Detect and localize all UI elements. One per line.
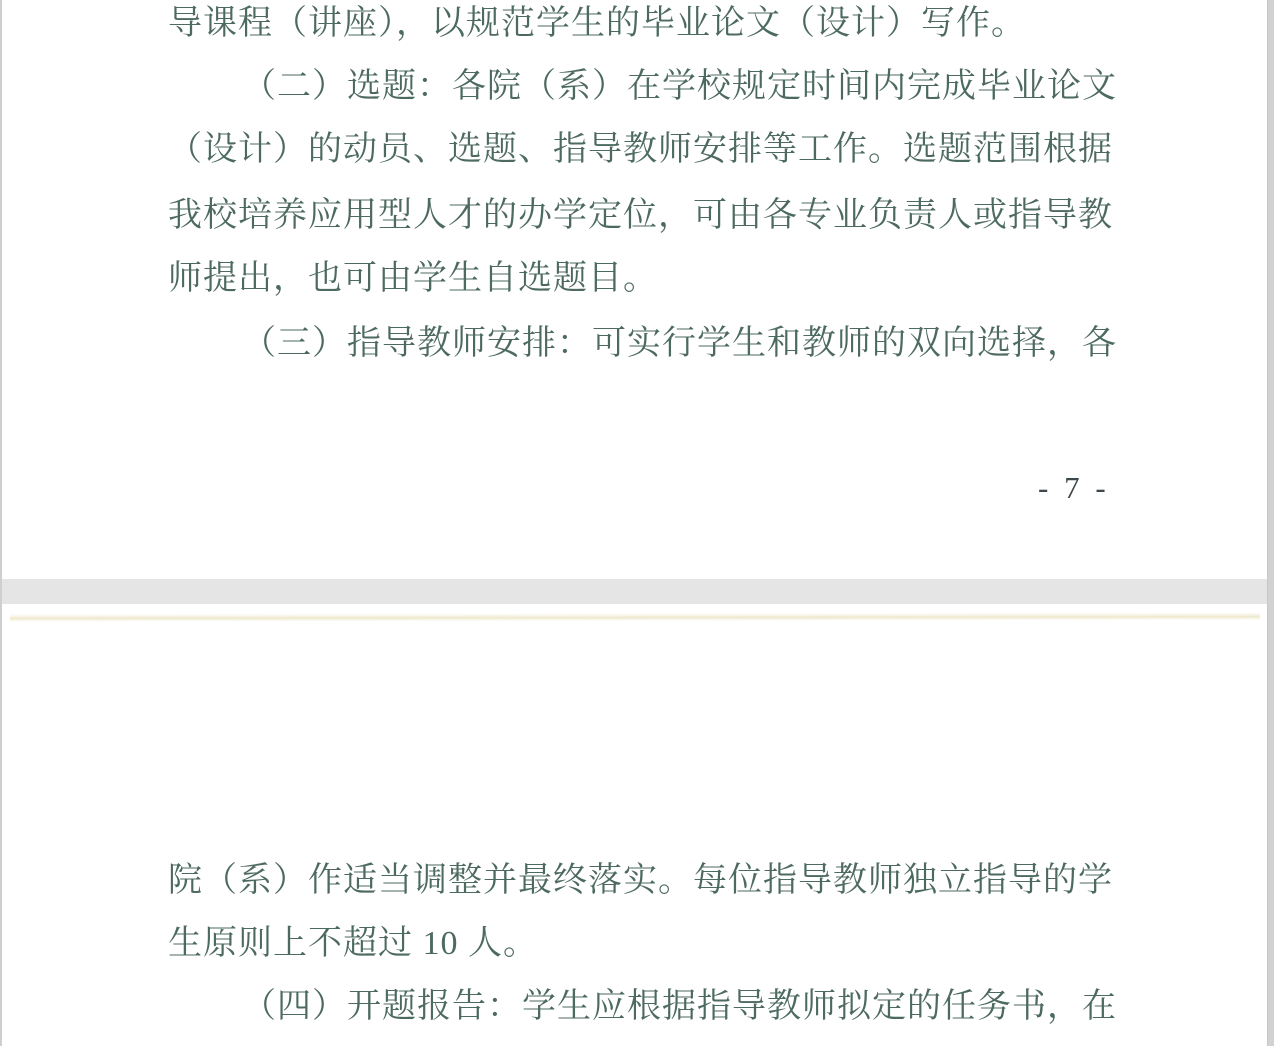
text-line: 导课程（讲座），以规范学生的毕业论文（设计）写作。 <box>168 3 1026 45</box>
text-line: 我校培养应用型人才的办学定位，可由各专业负责人或指导教 <box>168 195 1113 237</box>
page-left-edge <box>0 0 2 1046</box>
text-line: （三）指导教师安排：可实行学生和教师的双向选择，各 <box>168 323 1117 365</box>
document-viewer: 导课程（讲座），以规范学生的毕业论文（设计）写作。 （二）选题：各院（系）在学校… <box>0 0 1274 1046</box>
text-line: （二）选题：各院（系）在学校规定时间内完成毕业论文 <box>168 66 1117 108</box>
text-line: 院（系）作适当调整并最终落实。每位指导教师独立指导的学 <box>168 860 1113 902</box>
text-line: （四）开题报告：学生应根据指导教师拟定的任务书，在 <box>168 986 1117 1028</box>
text-line: 师提出，也可由学生自选题目。 <box>168 258 658 300</box>
page-1: 导课程（讲座），以规范学生的毕业论文（设计）写作。 （二）选题：各院（系）在学校… <box>0 0 1274 579</box>
page-2: 院（系）作适当调整并最终落实。每位指导教师独立指导的学 生原则上不超过 10 人… <box>0 604 1274 1046</box>
page-number: - 7 - <box>1038 468 1110 508</box>
page-gap <box>0 579 1274 605</box>
text-line: 生原则上不超过 10 人。 <box>168 923 538 965</box>
text-line: （设计）的动员、选题、指导教师安排等工作。选题范围根据 <box>168 129 1113 171</box>
page-right-edge <box>1267 0 1274 1046</box>
